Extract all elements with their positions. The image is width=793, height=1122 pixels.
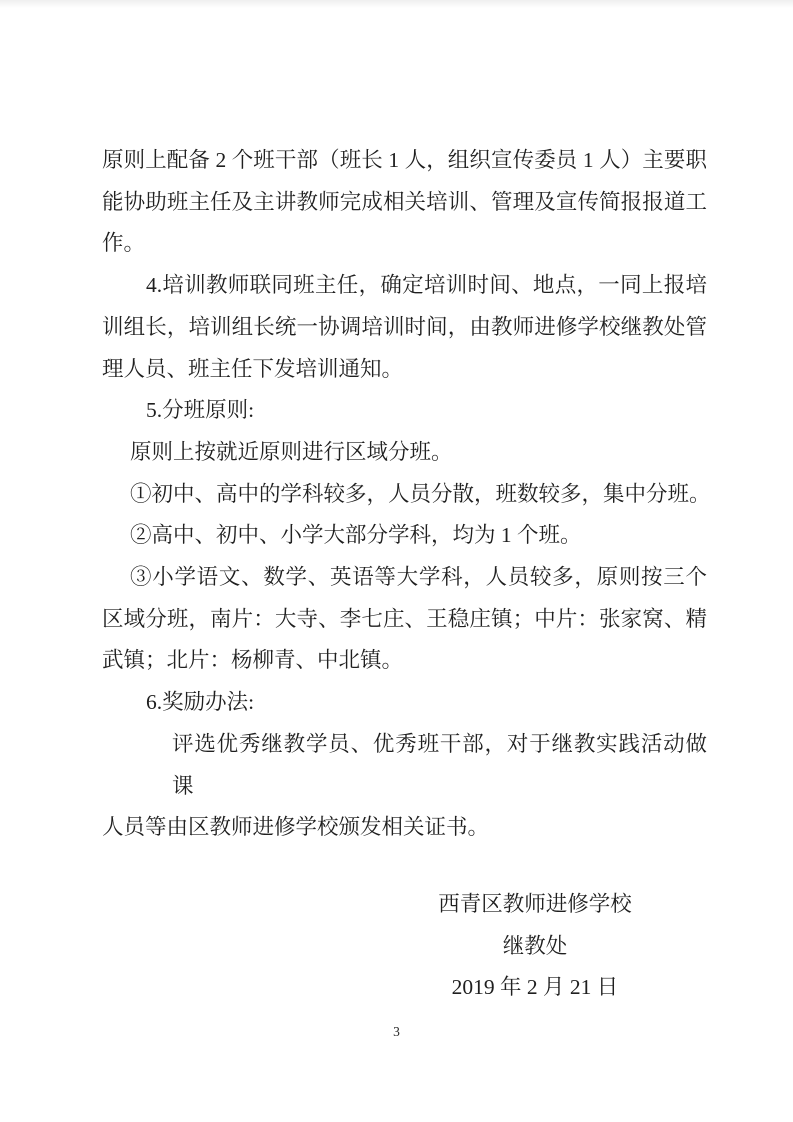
body-line: 评选优秀继教学员、优秀班干部，对于继教实践活动做课 [102, 724, 707, 807]
body-line: ③小学语文、数学、英语等大学科，人员较多，原则按三个 [102, 557, 707, 599]
document-body: 原则上配备 2 个班干部（班长 1 人，组织宣传委员 1 人）主要职 能协助班主… [102, 140, 707, 849]
document-page: 原则上配备 2 个班干部（班长 1 人，组织宣传委员 1 人）主要职 能协助班主… [0, 0, 793, 1122]
body-line: 武镇；北片：杨柳青、中北镇。 [102, 640, 707, 682]
signature-block: 西青区教师进修学校 继教处 2019 年 2 月 21 日 [375, 884, 695, 1009]
body-line: 6.奖励办法: [102, 682, 707, 724]
body-line: 5.分班原则: [102, 390, 707, 432]
body-line: 原则上配备 2 个班干部（班长 1 人，组织宣传委员 1 人）主要职 [102, 140, 707, 182]
body-line: 区域分班，南片：大寺、李七庄、王稳庄镇；中片：张家窝、精 [102, 599, 707, 641]
signature-date: 2019 年 2 月 21 日 [375, 967, 695, 1009]
body-line: 4.培训教师联同班主任，确定培训时间、地点，一同上报培 [102, 265, 707, 307]
body-line: ①初中、高中的学科较多，人员分散，班数较多，集中分班。 [102, 474, 707, 516]
page-number: 3 [0, 1024, 793, 1040]
body-line: 理人员、班主任下发培训通知。 [102, 349, 707, 391]
scan-edge [0, 0, 793, 8]
body-line: 训组长，培训组长统一协调培训时间，由教师进修学校继教处管 [102, 307, 707, 349]
signature-org: 西青区教师进修学校 [375, 884, 695, 926]
signature-dept: 继教处 [375, 926, 695, 968]
body-line: 原则上按就近原则进行区域分班。 [102, 432, 707, 474]
body-line: ②高中、初中、小学大部分学科，均为 1 个班。 [102, 515, 707, 557]
body-line: 人员等由区教师进修学校颁发相关证书。 [102, 807, 707, 849]
body-line: 作。 [102, 223, 707, 265]
body-line: 能协助班主任及主讲教师完成相关培训、管理及宣传简报报道工 [102, 182, 707, 224]
